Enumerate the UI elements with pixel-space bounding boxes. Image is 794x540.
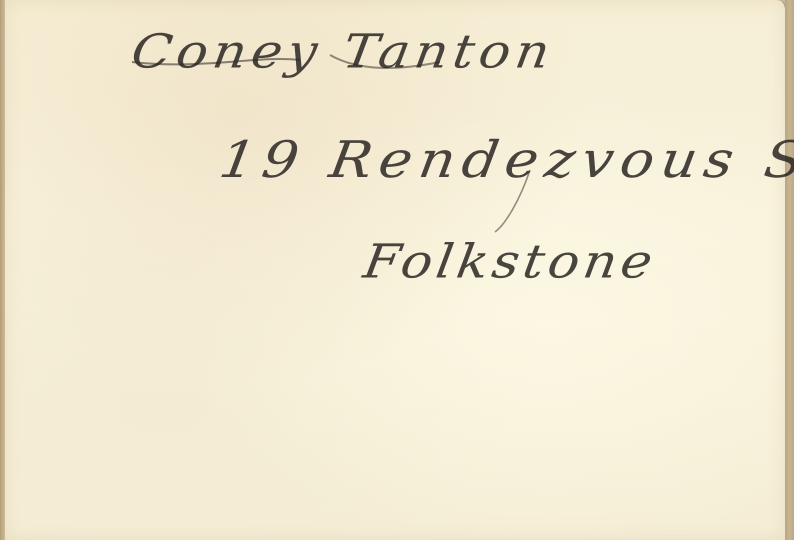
address-town: Folkstone (360, 235, 660, 289)
card-right-edge (785, 0, 794, 540)
address-street: 19 Rendezvous St (215, 131, 794, 190)
address-name: Coney Tanton (128, 25, 559, 79)
